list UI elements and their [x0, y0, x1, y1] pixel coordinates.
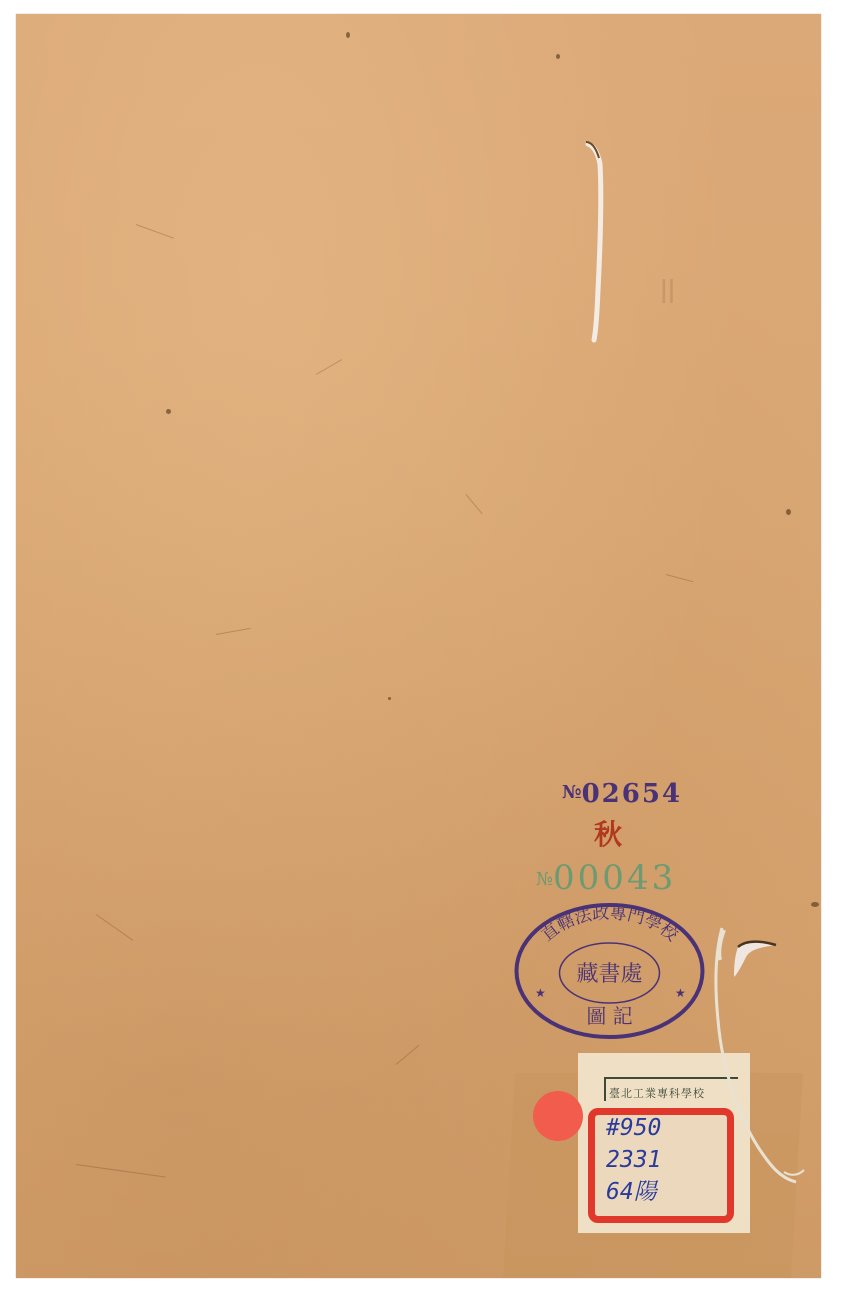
seal-outer-text: 直轄法政專門學校 [538, 903, 682, 946]
seal-bottom-text: 圖 記 [586, 1004, 632, 1028]
paper-fiber [216, 628, 251, 635]
secondary-number: 00043 [553, 858, 676, 898]
library-seal: 直轄法政專門學校 藏書處 圖 記 ★ ★ [513, 901, 706, 1041]
paper-speck [556, 54, 560, 59]
accession-number-stamp: №02654 [562, 779, 682, 809]
star-icon: ★ [535, 986, 546, 1000]
paper-fiber [136, 224, 174, 239]
number-symbol: № [562, 782, 582, 803]
seal-center-text: 藏書處 [576, 962, 642, 987]
paper-speck [811, 902, 819, 907]
season-mark-stamp: 秋 [594, 813, 622, 853]
paper-speck [346, 32, 350, 38]
paper-fiber [96, 914, 133, 941]
paper-speck [786, 509, 791, 515]
paper-speck [166, 409, 171, 414]
red-dot-sticker [533, 1091, 583, 1141]
faint-pencil-mark: ꟾꟾ [660, 280, 730, 350]
number-symbol: № [536, 869, 553, 890]
paper-tear [582, 140, 612, 345]
paper-fiber [466, 494, 483, 514]
star-icon: ★ [675, 986, 686, 1000]
paper-fiber [316, 359, 342, 375]
paper-fiber [396, 1045, 420, 1065]
paper-speck [388, 697, 391, 700]
accession-number: 02654 [582, 779, 682, 809]
secondary-number-stamp: №00043 [536, 858, 676, 898]
paper-fiber [666, 574, 693, 582]
paper-fiber [76, 1164, 165, 1178]
binding-string [700, 920, 810, 1200]
